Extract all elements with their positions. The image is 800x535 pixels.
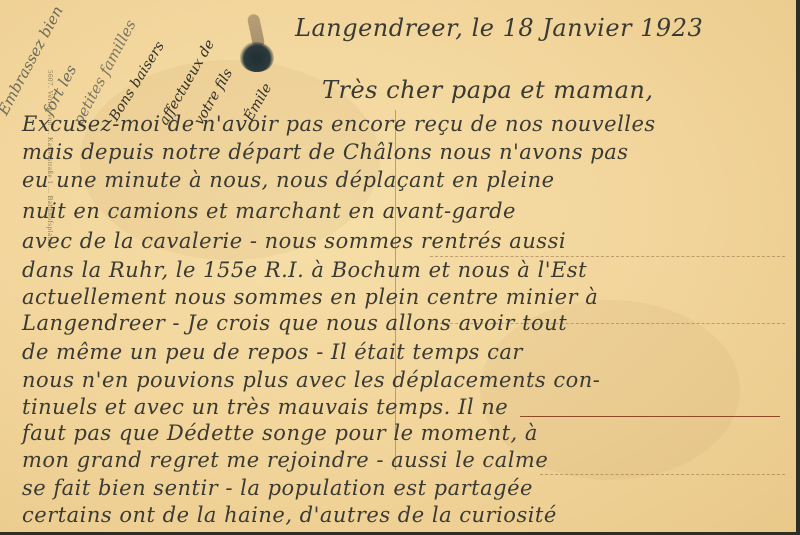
red-underline <box>520 416 780 417</box>
letter-line: se fait bien sentir - la population est … <box>22 476 533 500</box>
address-line <box>540 474 785 475</box>
letter-line: de même un peu de repos - Il était temps… <box>22 340 523 364</box>
letter-line: Langendreer - Je crois que nous allons a… <box>22 311 567 335</box>
letter-line: mon grand regret me rejoindre - aussi le… <box>22 448 548 472</box>
letter-line: nous n'en pouvions plus avec les déplace… <box>22 368 600 392</box>
place-and-date: Langendreer, le 18 Janvier 1923 <box>295 14 703 42</box>
address-line <box>430 256 785 257</box>
letter-line: actuellement nous sommes en plein centre… <box>22 285 598 309</box>
salutation: Très cher papa et maman, <box>322 76 654 104</box>
letter-line: tinuels et avec un très mauvais temps. I… <box>22 395 508 419</box>
letter-line: faut pas que Dédette songe pour le momen… <box>22 421 538 445</box>
letter-line: avec de la cavalerie - nous sommes rentr… <box>22 229 566 253</box>
letter-line: Excusez-moi de n'avoir pas encore reçu d… <box>22 112 656 136</box>
letter-line: mais depuis notre départ de Châlons nous… <box>22 140 629 164</box>
letter-line: nuit en camions et marchant en avant-gar… <box>22 199 516 223</box>
postcard: 5607. Verlag von ... Kaiserstraße 1 ... … <box>0 0 800 535</box>
letter-line: dans la Ruhr, le 155e R.I. à Bochum et n… <box>22 258 587 282</box>
ink-blot <box>240 42 274 72</box>
letter-line: eu une minute à nous, nous déplaçant en … <box>22 168 555 192</box>
letter-line: certains ont de la haine, d'autres de la… <box>22 503 557 527</box>
